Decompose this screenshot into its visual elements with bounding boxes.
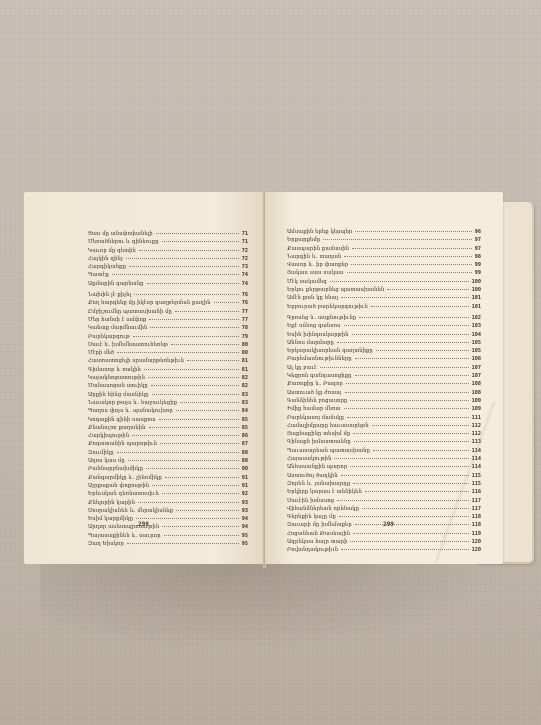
toc-entry-title: Սաւէ և. խմեմնաստուհեռեթ bbox=[88, 341, 168, 349]
toc-entry-title: Հաստատոցելի սրամարթեռեթիւն bbox=[88, 357, 184, 365]
toc-entry-title: Զաղ Եիսկոր bbox=[88, 540, 124, 548]
dot-leader bbox=[350, 400, 468, 401]
toc-entry-page-number: 77 bbox=[242, 308, 248, 316]
dot-leader bbox=[330, 281, 469, 282]
toc-entry: Աղոս կաս մը88 bbox=[88, 457, 248, 465]
toc-entry-title: Գերեքին կաչը մը bbox=[287, 513, 336, 521]
toc-entry-title: Պաւասարեան պատասխանը bbox=[287, 447, 370, 455]
toc-entry-page-number: 107 bbox=[472, 372, 481, 380]
dot-leader bbox=[132, 435, 239, 436]
open-book: Ցաս մը անսփոփանելի71Մեռածներու և գինեուք… bbox=[24, 192, 510, 572]
toc-entry-page-number: 85 bbox=[242, 424, 248, 432]
toc-entry-page-number: 104 bbox=[472, 331, 481, 339]
dot-leader bbox=[134, 294, 239, 295]
toc-entry: Պաղոս փոչս և. պանակուխոր84 bbox=[88, 407, 248, 415]
dot-leader bbox=[152, 485, 239, 486]
toc-entry-title: Հայկին զինչ bbox=[88, 255, 123, 263]
toc-entry-title: Սոսրակիսնեն և. մերակիսնեք bbox=[88, 507, 173, 515]
toc-entry: Զաւմիկը88 bbox=[88, 449, 248, 457]
toc-entry-title: Ամսաքին երեք կերպեր bbox=[287, 228, 352, 236]
page-number-right: 299 bbox=[383, 521, 394, 528]
dot-leader bbox=[387, 289, 468, 290]
dot-leader bbox=[352, 334, 469, 335]
toc-entry: Երքարքեմը97 bbox=[287, 236, 481, 244]
left-page: Ցաս մը անսփոփանելի71Մեռածներու և գինեուք… bbox=[24, 192, 264, 564]
dot-leader bbox=[164, 535, 239, 536]
toc-entry-title: Կոգաքին գինի սասքոա bbox=[88, 416, 156, 424]
toc-entry-title: Սաւէին խմասոց bbox=[287, 497, 334, 505]
toc-entry-title: Հարկիպութին bbox=[88, 432, 129, 440]
toc-entry: Մեռածներու և գինեուքը71 bbox=[88, 238, 248, 246]
toc-entry: Եսին խինդոսկարթին104 bbox=[287, 331, 481, 339]
toc-entry-page-number: 108 bbox=[472, 380, 481, 388]
toc-entry-title: Յակաս սաս սակաս bbox=[287, 269, 344, 277]
toc-entry-title: Մեր հանսի է ամփոք bbox=[88, 316, 146, 324]
toc-entry: Կոգաքին գինի սասքոա85 bbox=[88, 416, 248, 424]
toc-entry: Յակաս սաս սակաս99 bbox=[287, 269, 481, 277]
toc-entry-title: Համալիմքարը հաւասարեթն bbox=[287, 422, 369, 430]
toc-entry-page-number: 71 bbox=[242, 238, 248, 246]
toc-entry-title: Քասպարին քամասին bbox=[287, 245, 349, 253]
toc-entry: Հաստատոցելի սրամարթեռեթիւն81 bbox=[88, 357, 248, 365]
toc-entry-page-number: 81 bbox=[242, 366, 248, 374]
toc-entry-page-number: 94 bbox=[242, 523, 248, 531]
toc-entry: Աննոս մարմարը105 bbox=[287, 339, 481, 347]
toc-entry-title: Մէրի մեծ bbox=[88, 349, 114, 357]
toc-entry-title: Բաննարբնախմիկը bbox=[88, 465, 143, 473]
toc-entry-page-number: 76 bbox=[242, 291, 248, 299]
toc-entry-page-number: 90 bbox=[242, 465, 248, 473]
toc-entry: Բարեկարգութ79 bbox=[88, 333, 248, 341]
toc-entry-page-number: 79 bbox=[242, 333, 248, 341]
toc-entry-page-number: 91 bbox=[242, 482, 248, 490]
toc-entry-title: Պատէք bbox=[88, 271, 109, 279]
toc-entry: Քնելորին կարին93 bbox=[88, 499, 248, 507]
dot-leader bbox=[144, 369, 239, 370]
toc-entry: Քառոքիը և. Բազոր108 bbox=[287, 380, 481, 388]
dot-leader bbox=[129, 266, 239, 267]
toc-entry: Քոգատանին պարոթիւն87 bbox=[88, 440, 248, 448]
toc-entry: Գիմասոր և ռակին81 bbox=[88, 366, 248, 374]
toc-entry: Երեւսկան զեռնատոսիւն92 bbox=[88, 490, 248, 498]
toc-entry-page-number: 98 bbox=[475, 253, 481, 261]
dot-leader bbox=[355, 375, 469, 376]
right-page: Ամսաքին երեք կերպեր96Երքարքեմը97Քասպարին… bbox=[265, 192, 503, 564]
toc-entry-page-number: 82 bbox=[242, 374, 248, 382]
toc-entry-title: Քնելորին կարին bbox=[88, 499, 135, 507]
dot-leader bbox=[148, 377, 239, 378]
toc-entry-page-number: 82 bbox=[242, 382, 248, 390]
dot-leader bbox=[138, 502, 239, 503]
toc-entry-page-number: 108 bbox=[472, 389, 481, 397]
toc-entry-title: Բարեկարգութ bbox=[88, 333, 130, 341]
dot-leader bbox=[150, 327, 238, 328]
dot-leader bbox=[128, 460, 239, 461]
toc-entry-title: Հարգիկանքը bbox=[88, 263, 126, 271]
toc-entry: Նախին չէ քիչել76 bbox=[88, 291, 248, 299]
dot-leader bbox=[151, 385, 239, 386]
toc-entry: Մեր հանսի է ամփոք77 bbox=[88, 316, 248, 324]
toc-entry-page-number: 87 bbox=[242, 440, 248, 448]
toc-entry: Արքին հինց մասնիկը83 bbox=[88, 391, 248, 399]
toc-entry: Սոսրակիսնեն և. մերակիսնեք93 bbox=[88, 507, 248, 515]
toc-entry: Մէկ սակամեզ100 bbox=[287, 278, 481, 286]
dot-leader bbox=[341, 297, 468, 298]
toc-entry-title: Երբուրած բարեկարգութիւն bbox=[287, 303, 368, 311]
toc-entry-title: Զաւմիկը bbox=[88, 449, 114, 457]
toc-entry-title: Կանաք մարմնաւմին bbox=[88, 324, 147, 332]
dot-leader bbox=[187, 360, 239, 361]
toc-entry: Կաչակնոցատութին82 bbox=[88, 374, 248, 382]
toc-entry: Քող հարգենք մը իկէսր գաղթերման քաղին76 bbox=[88, 299, 248, 307]
toc-entry: Պայասաքինեն և. սաւրոր95 bbox=[88, 532, 248, 540]
dot-leader bbox=[112, 274, 239, 275]
toc-entry-title: Ցաս մը անսփոփանելի bbox=[88, 230, 153, 238]
toc-entry-page-number: 101 bbox=[472, 303, 481, 311]
toc-entry-title: Գանձինեն բոցասորը bbox=[287, 397, 347, 405]
book-shadow bbox=[40, 560, 510, 650]
dot-leader bbox=[355, 358, 469, 359]
toc-entry-title: Երկու քերթաբնեց պատասխանեն bbox=[287, 286, 384, 294]
dot-leader bbox=[152, 394, 239, 395]
toc-entry: Զաղ Եիսկոր95 bbox=[88, 540, 248, 548]
toc-entry-title: Երկարակիսորեան գաղտնիքը bbox=[287, 347, 373, 355]
dot-leader bbox=[160, 443, 239, 444]
toc-entry-title: Աղոս կաս մը bbox=[88, 457, 125, 465]
dot-leader bbox=[127, 543, 239, 544]
toc-entry-page-number: 95 bbox=[242, 540, 248, 548]
toc-entry-page-number: 97 bbox=[475, 245, 481, 253]
dot-leader bbox=[147, 283, 239, 284]
toc-entry: Երկարակիսորեան գաղտնիքը105 bbox=[287, 347, 481, 355]
toc-entry: Նարգին և. տաղան98 bbox=[287, 253, 481, 261]
dot-leader bbox=[159, 419, 239, 420]
toc-entry: Արդոր ասեսոպրոսութին94 bbox=[88, 523, 248, 531]
toc-entry: Ալ կը բաւէ107 bbox=[287, 364, 481, 372]
toc-entry: Երկու քերթաբնեց պատասխանեն100 bbox=[287, 286, 481, 294]
toc-entry-title: Մէկ սակամեզ bbox=[287, 278, 327, 286]
toc-entry: Կեցրոն գանդասոցիքը107 bbox=[287, 372, 481, 380]
dot-leader bbox=[347, 272, 472, 273]
toc-entry-page-number: 93 bbox=[242, 507, 248, 515]
toc-entry-title: Բարեկասոյ մաճսկը bbox=[287, 414, 344, 422]
dot-leader bbox=[352, 248, 472, 249]
toc-entry-page-number: 78 bbox=[242, 324, 248, 332]
toc-entry-page-number: 106 bbox=[472, 355, 481, 363]
toc-entry: Մանասոցան ստւիկը82 bbox=[88, 382, 248, 390]
toc-entry: Աստուած կը ժոսայ108 bbox=[287, 389, 481, 397]
dot-leader bbox=[344, 325, 469, 326]
toc-entry-page-number: 84 bbox=[242, 407, 248, 415]
dot-leader bbox=[344, 256, 471, 257]
toc-entry: Վասոր և. իր փառքեր99 bbox=[287, 261, 481, 269]
toc-entry-page-number: 105 bbox=[472, 339, 481, 347]
toc-entry-title: Մանասոցան ստւիկը bbox=[88, 382, 148, 390]
toc-entry-page-number: 80 bbox=[242, 349, 248, 357]
toc-entry-page-number: 88 bbox=[242, 449, 248, 457]
toc-entry-page-number: 73 bbox=[242, 263, 248, 271]
toc-entry-title: Գիմասոր և ռակին bbox=[88, 366, 141, 374]
toc-entry: Քասպարին քամասին97 bbox=[287, 245, 481, 253]
toc-entry: Եսիմ կարքմիկը94 bbox=[88, 515, 248, 523]
toc-entry-title: Ալ կը բաւէ bbox=[287, 364, 317, 372]
toc-entry-page-number: 85 bbox=[242, 416, 248, 424]
toc-entry-page-number: 99 bbox=[475, 261, 481, 269]
dot-leader bbox=[323, 239, 472, 240]
toc-entry-title: Անհասանքին պարոր bbox=[287, 463, 347, 471]
toc-entry-page-number: 91 bbox=[242, 474, 248, 482]
toc-entry-title: Պայասաքինեն և. սաւրոր bbox=[88, 532, 161, 540]
dot-leader bbox=[337, 342, 469, 343]
toc-entry-title: Գրոսեց և. ասքնութիւնը bbox=[287, 314, 356, 322]
toc-entry: Մէրի մեծ80 bbox=[88, 349, 248, 357]
dot-leader bbox=[133, 336, 239, 337]
toc-entry-page-number: 83 bbox=[242, 399, 248, 407]
dot-leader bbox=[126, 258, 239, 259]
toc-entry-title: Արքին հինց մասնիկը bbox=[88, 391, 149, 399]
dot-leader bbox=[156, 233, 239, 234]
toc-entry: Կանաք մարմնաւմին78 bbox=[88, 324, 248, 332]
toc-entry: Հարգիկանքը73 bbox=[88, 263, 248, 271]
toc-entry-page-number: 72 bbox=[242, 247, 248, 255]
dot-leader bbox=[149, 427, 239, 428]
toc-entry-page-number: 72 bbox=[242, 255, 248, 263]
toc-entry-title: Մեռածներու և գինեուքը bbox=[88, 238, 159, 246]
toc-entry-title: Երեւսկան զեռնատոսիւն bbox=[88, 490, 159, 498]
toc-entry: Կաւոր մը գետին72 bbox=[88, 247, 248, 255]
toc-entry: Սաւէ և. խմեմնաստուհեռեթ80 bbox=[88, 341, 248, 349]
toc-entry-page-number: 107 bbox=[472, 364, 481, 372]
toc-entry-title: Եսիմ կարքմիկը bbox=[88, 515, 133, 523]
dot-leader bbox=[162, 241, 239, 242]
toc-entry: Քանգարմիկը և. չինոմիկը91 bbox=[88, 474, 248, 482]
toc-entry-page-number: 77 bbox=[242, 316, 248, 324]
toc-entry: Պատէք74 bbox=[88, 271, 248, 279]
toc-entry-title: Հոցանեան Թասեային bbox=[287, 530, 350, 538]
toc-entry-title: Ագրեկաս հայր տարի bbox=[287, 538, 347, 546]
toc-entry-title: Նախին չէ քիչել bbox=[88, 291, 131, 299]
toc-entry: Եքէ սճեոց գանսոս103 bbox=[287, 322, 481, 330]
toc-entry-page-number: 97 bbox=[475, 236, 481, 244]
dot-leader bbox=[345, 392, 469, 393]
dot-leader bbox=[351, 264, 471, 265]
dot-leader bbox=[371, 306, 469, 307]
toc-entry: Ըմբիշումնը պատասխանի մը77 bbox=[88, 308, 248, 316]
dot-leader bbox=[162, 526, 239, 527]
dot-leader bbox=[117, 352, 239, 353]
toc-entry-page-number: 76 bbox=[242, 299, 248, 307]
toc-entry-page-number: 94 bbox=[242, 515, 248, 523]
toc-entry-page-number: 105 bbox=[472, 347, 481, 355]
toc-entry-page-number: 99 bbox=[475, 269, 481, 277]
dot-leader bbox=[139, 250, 239, 251]
dot-leader bbox=[214, 302, 239, 303]
toc-entry: Նաւակոր թաչս և. հաջաւկեցիք83 bbox=[88, 399, 248, 407]
toc-entry: Երբուրած բարեկարգութիւն101 bbox=[287, 303, 481, 311]
toc-entry: Ամսաքին երեք կերպեր96 bbox=[287, 228, 481, 236]
toc-entry-title: Քանգարմիկը և. չինոմիկը bbox=[88, 474, 162, 482]
toc-entry-title: Քող հարգենք մը իկէսր գաղթերման քաղին bbox=[88, 299, 211, 307]
toc-entry: Աքմարին գարնանը74 bbox=[88, 280, 248, 288]
toc-entry-title: Աքմարին գարնանը bbox=[88, 280, 144, 288]
toc-entry-title: Քառոքիը և. Բազոր bbox=[287, 380, 343, 388]
dot-leader bbox=[149, 319, 238, 320]
dot-leader bbox=[146, 468, 239, 469]
toc-entry-title: Պաղոս փոչս և. պանակուխոր bbox=[88, 407, 173, 415]
toc-entry-title: Կեցրոն գանդասոցիքը bbox=[287, 372, 352, 380]
toc-entry-title: Բարեմասնութիւնները bbox=[287, 355, 352, 363]
dot-leader bbox=[171, 344, 239, 345]
toc-entry-page-number: 100 bbox=[472, 278, 481, 286]
toc-entry-title: Քնանաշտ քաղանին bbox=[88, 424, 146, 432]
toc-entry-title: Բովանդակութիւն bbox=[287, 546, 338, 554]
dot-leader bbox=[136, 518, 239, 519]
toc-entry: Գրոսեց և. ասքնութիւնը102 bbox=[287, 314, 481, 322]
toc-entry-page-number: 92 bbox=[242, 490, 248, 498]
toc-entry-page-number: 103 bbox=[472, 322, 481, 330]
dot-leader bbox=[355, 231, 471, 232]
toc-entry: Հայկին զինչ72 bbox=[88, 255, 248, 263]
toc-entry-page-number: 93 bbox=[242, 499, 248, 507]
toc-entry-title: Քոգատանին պարոթիւն bbox=[88, 440, 157, 448]
toc-entry-title: Եսին խինդոսկարթին bbox=[287, 331, 349, 339]
toc-entry-title: Երքարքեմը bbox=[287, 236, 320, 244]
toc-entry-page-number: 88 bbox=[242, 457, 248, 465]
toc-entry: Այրքաքան փոքոսթին91 bbox=[88, 482, 248, 490]
dot-leader bbox=[176, 510, 239, 511]
toc-entry: Քնանաշտ քաղանին85 bbox=[88, 424, 248, 432]
dot-leader bbox=[346, 383, 469, 384]
toc-entry-title: Կաչակնոցատութին bbox=[88, 374, 145, 382]
toc-entry-title: Երկիրը կարաս է անձիկեն bbox=[287, 488, 362, 496]
toc-entry-title: Յաքեաքինը տեսիմ մը bbox=[287, 430, 350, 438]
toc-entry-page-number: 80 bbox=[242, 341, 248, 349]
toc-entry-title: Աստուած կը ժոսայ bbox=[287, 389, 342, 397]
toc-entry-title: Զորեն և. յանախարդը bbox=[287, 480, 350, 488]
toc-entry-title: Այրքաքան փոքոսթին bbox=[88, 482, 149, 490]
dot-leader bbox=[162, 493, 239, 494]
toc-entry-page-number: 102 bbox=[472, 314, 481, 322]
dot-leader bbox=[320, 367, 469, 368]
toc-entry: Ամէն քան կը հնայ101 bbox=[287, 294, 481, 302]
dot-leader bbox=[117, 452, 239, 453]
toc-entry-page-number: 83 bbox=[242, 391, 248, 399]
toc-entry-page-number: 71 bbox=[242, 230, 248, 238]
toc-entry-title: Աննոս մարմարը bbox=[287, 339, 334, 347]
toc-entry: Բարեմասնութիւնները106 bbox=[287, 355, 481, 363]
table-of-contents-left: Ցաս մը անսփոփանելի71Մեռածներու և գինեուք… bbox=[88, 230, 248, 548]
toc-entry-page-number: 86 bbox=[242, 432, 248, 440]
toc-entry-page-number: 95 bbox=[242, 532, 248, 540]
toc-entry-title: Գինաքն խմաստոսենը bbox=[287, 438, 351, 446]
toc-entry: Բաննարբնախմիկը90 bbox=[88, 465, 248, 473]
dot-leader bbox=[176, 410, 239, 411]
toc-entry-title: Նարգին և. տաղան bbox=[287, 253, 341, 261]
toc-entry-title: Ըմբիշումնը պատասխանի մը bbox=[88, 308, 172, 316]
toc-entry-page-number: 100 bbox=[472, 286, 481, 294]
toc-entry-title: Կաւոր մը գետին bbox=[88, 247, 136, 255]
toc-entry-title: Աստուծոյ ծաղկին bbox=[287, 472, 338, 480]
dot-leader bbox=[165, 477, 239, 478]
toc-entry-title: Իմիք համար մեռա bbox=[287, 405, 341, 413]
toc-entry-title: Եքէ սճեոց գանսոս bbox=[287, 322, 341, 330]
dot-leader bbox=[175, 311, 239, 312]
toc-entry-title: Վասոր և. իր փառքեր bbox=[287, 261, 348, 269]
toc-entry-title: Վիհանձներեան որենակը bbox=[287, 505, 359, 513]
toc-entry: Ցաս մը անսփոփանելի71 bbox=[88, 230, 248, 238]
dot-leader bbox=[376, 350, 469, 351]
toc-entry-page-number: 81 bbox=[242, 357, 248, 365]
page-crease bbox=[435, 402, 495, 562]
dot-leader bbox=[180, 402, 239, 403]
toc-entry-page-number: 101 bbox=[472, 294, 481, 302]
toc-entry-title: Զաւարի մը խմեմաքեր bbox=[287, 521, 352, 529]
toc-entry-title: Նաւակոր թաչս և. հաջաւկեցիք bbox=[88, 399, 177, 407]
toc-entry: Հարկիպութին86 bbox=[88, 432, 248, 440]
toc-entry-title: Ամէն քան կը հնայ bbox=[287, 294, 338, 302]
toc-entry-page-number: 74 bbox=[242, 280, 248, 288]
toc-entry-page-number: 96 bbox=[475, 228, 481, 236]
page-number-left: 298 bbox=[138, 521, 149, 528]
toc-entry-page-number: 74 bbox=[242, 271, 248, 279]
dot-leader bbox=[359, 317, 468, 318]
toc-entry-title: Հայասակութին bbox=[287, 455, 331, 463]
